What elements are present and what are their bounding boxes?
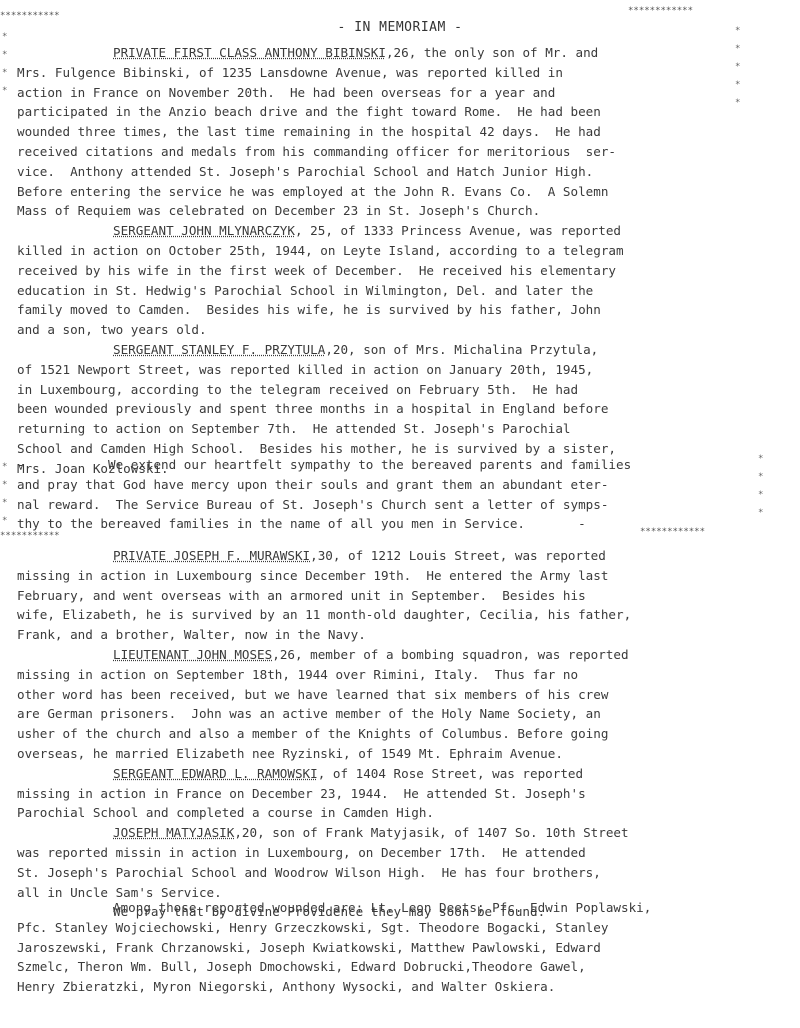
text-line: PRIVATE JOSEPH F. MURAWSKI,30, of 1212 L…	[17, 546, 757, 566]
sympathy-right-star-column: ****	[758, 450, 768, 522]
text-line: missing in action in France on December …	[17, 784, 757, 804]
memorial-page: *********** ************ ***** **** - IN…	[0, 0, 800, 1028]
line-text: ,26, the only son of Mr. and	[386, 45, 598, 60]
line-text: ,26, member of a bombing squadron, was r…	[272, 647, 628, 662]
line-text: Frank, and a brother, Walter, now in the…	[17, 627, 366, 642]
line-text: education in St. Hedwig's Parochial Scho…	[17, 283, 593, 298]
text-line: other word has been received, but we hav…	[17, 685, 757, 705]
line-text: received citations and medals from his c…	[17, 144, 616, 159]
text-line: Henry Zbieratzki, Myron Niegorski, Antho…	[17, 977, 757, 997]
line-text: wife, Elizabeth, he is survived by an 11…	[17, 607, 631, 622]
line-text: missing in action in Luxembourg since De…	[17, 568, 608, 583]
text-line: PRIVATE FIRST CLASS ANTHONY BIBINSKI,26,…	[17, 43, 757, 63]
star-icon: *	[2, 512, 12, 530]
text-line: received by his wife in the first week o…	[17, 261, 757, 281]
text-line: missing in action on September 18th, 194…	[17, 665, 757, 685]
text-line: Among those reported wounded are: Lt. Le…	[17, 898, 757, 918]
text-line: been wounded previously and spent three …	[17, 399, 757, 419]
text-line: Mass of Requiem was celebrated on Decemb…	[17, 201, 757, 221]
soldier-name: SERGEANT JOHN MLYNARCZYK	[113, 223, 295, 238]
line-text: was reported missin in action in Luxembo…	[17, 845, 586, 860]
line-text: Parochial School and completed a course …	[17, 805, 434, 820]
text-line: family moved to Camden. Besides his wife…	[17, 300, 757, 320]
mid-right-star-border: ************	[640, 528, 705, 537]
line-text: participated in the Anzio beach drive an…	[17, 104, 601, 119]
star-icon: *	[2, 82, 12, 100]
star-icon: *	[2, 458, 12, 476]
star-icon: *	[758, 450, 768, 468]
line-text: Mass of Requiem was celebrated on Decemb…	[17, 203, 540, 218]
page-title: - IN MEMORIAM -	[0, 20, 800, 35]
text-line: returning to action on September 7th. He…	[17, 419, 757, 439]
text-line: SERGEANT STANLEY F. PRZYTULA,20, son of …	[17, 340, 757, 360]
line-text: other word has been received, but we hav…	[17, 687, 608, 702]
line-text: and a son, two years old.	[17, 322, 207, 337]
text-line: are German prisoners. John was an active…	[17, 704, 757, 724]
text-line: and pray that God have mercy upon their …	[17, 475, 757, 495]
star-icon: *	[758, 504, 768, 522]
left-star-column: ****	[2, 28, 12, 100]
mid-left-star-border: ***********	[0, 532, 60, 541]
text-line: nal reward. The Service Bureau of St. Jo…	[17, 495, 757, 515]
line-text: are German prisoners. John was an active…	[17, 706, 601, 721]
text-line: usher of the church and also a member of…	[17, 724, 757, 744]
text-line: of 1521 Newport Street, was reported kil…	[17, 360, 757, 380]
text-line: SERGEANT JOHN MLYNARCZYK, 25, of 1333 Pr…	[17, 221, 757, 241]
text-line: killed in action on October 25th, 1944, …	[17, 241, 757, 261]
star-icon: *	[2, 46, 12, 64]
soldier-name: JOSEPH MATYJASIK	[113, 825, 234, 840]
line-text: Jaroszewski, Frank Chrzanowski, Joseph K…	[17, 940, 601, 955]
line-text: action in France on November 20th. He ha…	[17, 85, 555, 100]
text-line: wife, Elizabeth, he is survived by an 11…	[17, 605, 757, 625]
line-text: overseas, he married Elizabeth nee Ryzin…	[17, 746, 563, 761]
top-right-star-border: ************	[628, 7, 693, 16]
line-text: February, and went overseas with an armo…	[17, 588, 586, 603]
line-text: Pfc. Stanley Wojciechowski, Henry Grzecz…	[17, 920, 608, 935]
text-line: in Luxembourg, according to the telegram…	[17, 380, 757, 400]
line-text: Before entering the service he was emplo…	[17, 184, 608, 199]
text-line: wounded three times, the last time remai…	[17, 122, 757, 142]
text-line: - We extend our heartfelt sympathy to th…	[17, 455, 757, 475]
text-line: vice. Anthony attended St. Joseph's Paro…	[17, 162, 757, 182]
line-text: Henry Zbieratzki, Myron Niegorski, Antho…	[17, 979, 555, 994]
text-line: Jaroszewski, Frank Chrzanowski, Joseph K…	[17, 938, 757, 958]
line-text: - We extend our heartfelt sympathy to th…	[17, 457, 631, 472]
line-text: in Luxembourg, according to the telegram…	[17, 382, 578, 397]
soldier-name: SERGEANT EDWARD L. RAMOWSKI	[113, 766, 318, 781]
line-text: missing in action on September 18th, 194…	[17, 667, 578, 682]
text-line: was reported missin in action in Luxembo…	[17, 843, 757, 863]
line-text: Szmelc, Theron Wm. Bull, Joseph Dmochows…	[17, 959, 586, 974]
text-line: Szmelc, Theron Wm. Bull, Joseph Dmochows…	[17, 957, 757, 977]
star-icon: *	[2, 494, 12, 512]
line-text: , 25, of 1333 Princess Avenue, was repor…	[295, 223, 621, 238]
line-text: Among those reported wounded are: Lt. Le…	[113, 900, 651, 915]
line-text: ,20, son of Mrs. Michalina Przytula,	[325, 342, 598, 357]
text-line: and a son, two years old.	[17, 320, 757, 340]
section-killed-in-action: PRIVATE FIRST CLASS ANTHONY BIBINSKI,26,…	[17, 43, 757, 479]
soldier-name: PRIVATE FIRST CLASS ANTHONY BIBINSKI	[113, 45, 386, 60]
line-text: usher of the church and also a member of…	[17, 726, 608, 741]
text-line: received citations and medals from his c…	[17, 142, 757, 162]
soldier-name: PRIVATE JOSEPH F. MURAWSKI	[113, 548, 310, 563]
line-text: thy to the bereaved families in the name…	[17, 516, 586, 531]
text-line: St. Joseph's Parochial School and Woodro…	[17, 863, 757, 883]
line-text: St. Joseph's Parochial School and Woodro…	[17, 865, 601, 880]
section-missing-in-action: PRIVATE JOSEPH F. MURAWSKI,30, of 1212 L…	[17, 546, 757, 922]
line-text: received by his wife in the first week o…	[17, 263, 616, 278]
text-line: Before entering the service he was emplo…	[17, 182, 757, 202]
text-line: Pfc. Stanley Wojciechowski, Henry Grzecz…	[17, 918, 757, 938]
line-text: School and Camden High School. Besides h…	[17, 441, 616, 456]
line-text: been wounded previously and spent three …	[17, 401, 608, 416]
text-line: Frank, and a brother, Walter, now in the…	[17, 625, 757, 645]
line-text: , of 1404 Rose Street, was reported	[318, 766, 583, 781]
text-line: participated in the Anzio beach drive an…	[17, 102, 757, 122]
line-text: killed in action on October 25th, 1944, …	[17, 243, 624, 258]
line-text: nal reward. The Service Bureau of St. Jo…	[17, 497, 608, 512]
sympathy-left-star-column: ****	[2, 458, 12, 530]
line-text: ,20, son of Frank Matyjasik, of 1407 So.…	[234, 825, 628, 840]
star-icon: *	[758, 486, 768, 504]
line-text: returning to action on September 7th. He…	[17, 421, 571, 436]
text-line: JOSEPH MATYJASIK,20, son of Frank Matyja…	[17, 823, 757, 843]
soldier-name: LIEUTENANT JOHN MOSES	[113, 647, 272, 662]
text-line: missing in action in Luxembourg since De…	[17, 566, 757, 586]
line-text: family moved to Camden. Besides his wife…	[17, 302, 601, 317]
text-line: overseas, he married Elizabeth nee Ryzin…	[17, 744, 757, 764]
section-wounded: Among those reported wounded are: Lt. Le…	[17, 898, 757, 997]
line-text: and pray that God have mercy upon their …	[17, 477, 608, 492]
line-text: wounded three times, the last time remai…	[17, 124, 601, 139]
star-icon: *	[758, 468, 768, 486]
star-icon: *	[2, 64, 12, 82]
line-text: missing in action in France on December …	[17, 786, 586, 801]
star-icon: *	[2, 476, 12, 494]
line-text: vice. Anthony attended St. Joseph's Paro…	[17, 164, 593, 179]
line-text: Mrs. Fulgence Bibinski, of 1235 Lansdown…	[17, 65, 563, 80]
text-line: LIEUTENANT JOHN MOSES,26, member of a bo…	[17, 645, 757, 665]
text-line: Parochial School and completed a course …	[17, 803, 757, 823]
text-line: education in St. Hedwig's Parochial Scho…	[17, 281, 757, 301]
text-line: Mrs. Fulgence Bibinski, of 1235 Lansdown…	[17, 63, 757, 83]
section-sympathy: - We extend our heartfelt sympathy to th…	[17, 455, 757, 534]
soldier-name: SERGEANT STANLEY F. PRZYTULA	[113, 342, 325, 357]
line-text: ,30, of 1212 Louis Street, was reported	[310, 548, 606, 563]
text-line: February, and went overseas with an armo…	[17, 586, 757, 606]
text-line: action in France on November 20th. He ha…	[17, 83, 757, 103]
text-line: SERGEANT EDWARD L. RAMOWSKI, of 1404 Ros…	[17, 764, 757, 784]
line-text: of 1521 Newport Street, was reported kil…	[17, 362, 593, 377]
